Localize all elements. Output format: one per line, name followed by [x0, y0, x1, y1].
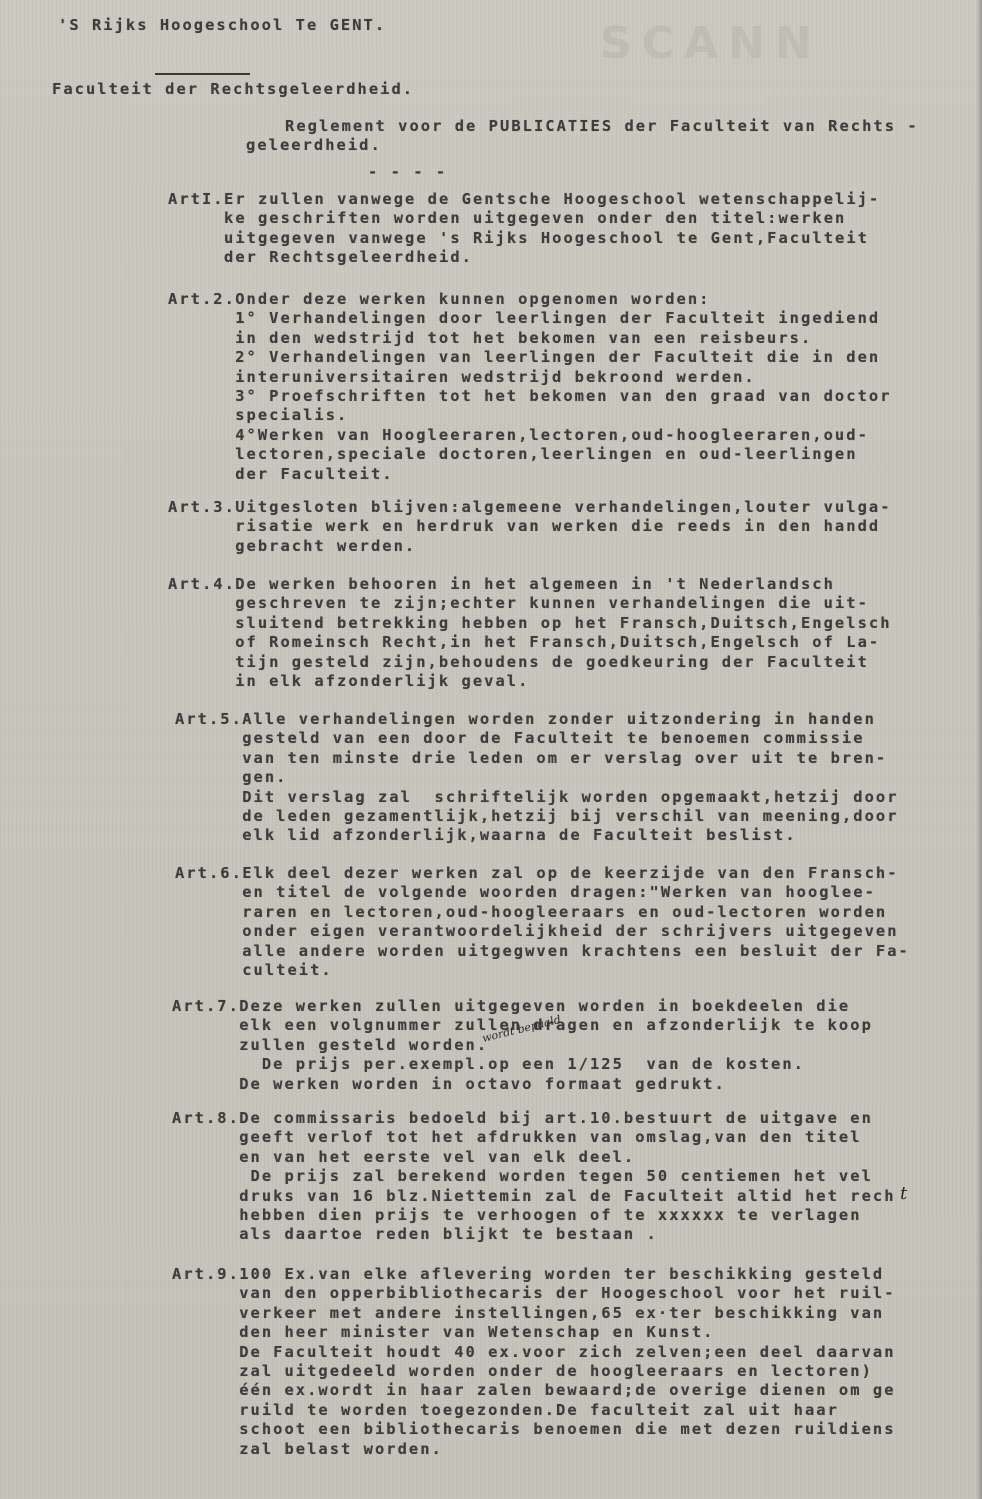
article-line: alle andere worden uitgegwven krachtens … [242, 942, 910, 961]
article-body: Elk deel dezer werken zal op de keerzijd… [242, 864, 910, 980]
article-line: druks van 16 blz.Niettemin zal de Facult… [239, 1187, 895, 1206]
article-body: 100 Ex.van elke aflevering worden ter be… [239, 1265, 895, 1459]
article-body: De werken behooren in het algemeen in 't… [235, 575, 891, 691]
article-line: specialis. [235, 406, 891, 425]
article-line: sluitend betrekking hebben op het Fransc… [235, 614, 891, 633]
article-line: of Romeinsch Recht,in het Fransch,Duitsc… [235, 633, 891, 652]
article-line: één ex.wordt in haar zalen bewaard;de ov… [239, 1381, 895, 1400]
article-line: in elk afzonderlijk geval. [235, 672, 891, 691]
article-line: Onder deze werken kunnen opgenomen worde… [235, 290, 891, 309]
article-label: Art.9. [172, 1265, 240, 1284]
article-line: zal uitgedeeld worden onder de hoogleera… [239, 1362, 895, 1381]
article-line: De prijs zal berekend worden tegen 50 ce… [239, 1167, 895, 1186]
article-line: zullen gesteld worden. [239, 1036, 873, 1055]
article-line: 2° Verhandelingen van leerlingen der Fac… [235, 348, 891, 367]
article-line: Uitgesloten blijven:algemeene verhandeli… [235, 498, 891, 517]
page-edge-shadow [976, 0, 982, 1499]
article-line: culteit. [242, 961, 910, 980]
document-title-line-2: geleerdheid. [246, 136, 382, 155]
article-line: lectoren,speciale doctoren,leerlingen en… [235, 445, 891, 464]
article-line: geeft verlof tot het afdrukken van omsla… [239, 1128, 895, 1147]
article-label: Art.8. [172, 1109, 240, 1128]
article-line: gen. [242, 768, 898, 787]
title-separator: - - - - [368, 163, 447, 182]
article-line: ruild te worden toegezonden.De faculteit… [239, 1401, 895, 1420]
article-line: gesteld van een door de Faculteit te ben… [242, 729, 898, 748]
article-line: van ten minste drie leden om er verslag … [242, 749, 898, 768]
article-body: Alle verhandelingen worden zonder uitzon… [242, 710, 898, 846]
article-line: De Faculteit houdt 40 ex.voor zich zelve… [239, 1343, 895, 1362]
article-label: Art.6. [175, 864, 243, 883]
article-line: uitgegeven vanwege 's Rijks Hoogeschool … [224, 229, 880, 248]
article-line: De prijs per.exempl.op een 1/125 van de … [239, 1055, 873, 1074]
article-line: als daartoe reden blijkt te bestaan . [239, 1225, 895, 1244]
article-body: Uitgesloten blijven:algemeene verhandeli… [235, 498, 891, 556]
article-line: tijn gesteld zijn,behoudens de goedkeuri… [235, 653, 891, 672]
article-line: en van het eerste vel van elk deel. [239, 1148, 895, 1167]
article-line: geschreven te zijn;echter kunnen verhand… [235, 594, 891, 613]
article-line: interuniversitairen wedstrijd bekroond w… [235, 368, 891, 387]
article-line: zal belast worden. [239, 1440, 895, 1459]
article-body: Er zullen vanwege de Gentsche Hoogeschoo… [224, 190, 880, 268]
article-line: Er zullen vanwege de Gentsche Hoogeschoo… [224, 190, 880, 209]
article-label: Art.4. [168, 575, 236, 594]
article-line: den heer minister van Wetenschap en Kuns… [239, 1323, 895, 1342]
article-line: 3° Proefschriften tot het bekomen van de… [235, 387, 891, 406]
article-line: der Rechtsgeleerdheid. [224, 248, 880, 267]
article-body: Deze werken zullen uitgegeven worden in … [239, 997, 873, 1094]
article-line: 1° Verhandelingen door leerlingen der Fa… [235, 309, 891, 328]
article-label: Art.2. [168, 290, 236, 309]
article-line: schoot een bibliothecaris benoemen die m… [239, 1420, 895, 1439]
article-line: ke geschriften worden uitgegeven onder d… [224, 209, 880, 228]
article-line: Dit verslag zal schriftelijk worden opge… [242, 788, 898, 807]
article-line: elk lid afzonderlijk,waarna de Faculteit… [242, 826, 898, 845]
article-line: 100 Ex.van elke aflevering worden ter be… [239, 1265, 895, 1284]
article-line: 4°Werken van Hoogleeraren,lectoren,oud-h… [235, 426, 891, 445]
article-label: ArtI. [168, 190, 225, 209]
article-line: onder eigen verantwoordelijkheid der sch… [242, 922, 910, 941]
article-line: hebben dien prijs te verhoogen of te xxx… [239, 1206, 895, 1225]
article-label: Art.7. [172, 997, 240, 1016]
article-line: risatie werk en herdruk van werken die r… [235, 517, 891, 536]
margin-correction-mark: t [900, 1183, 907, 1204]
document-title-line-1: Reglement voor de PUBLICATIES der Facult… [285, 117, 919, 136]
article-line: Elk deel dezer werken zal op de keerzijd… [242, 864, 910, 883]
header-underline [155, 73, 250, 75]
article-line: verkeer met andere instellingen,65 ex·te… [239, 1304, 895, 1323]
article-body: De commissaris bedoeld bij art.10.bestuu… [239, 1109, 895, 1245]
article-label: Art.3. [168, 498, 236, 517]
article-line: der Faculteit. [235, 465, 891, 484]
article-line: de leden gezamentlijk,hetzij bij verschi… [242, 807, 898, 826]
article-body: Onder deze werken kunnen opgenomen worde… [235, 290, 891, 484]
article-line: en titel de volgende woorden dragen:"Wer… [242, 883, 910, 902]
article-line: gebracht werden. [235, 537, 891, 556]
article-line: De werken worden in octavo formaat gedru… [239, 1075, 873, 1094]
article-line: De commissaris bedoeld bij art.10.bestuu… [239, 1109, 895, 1128]
faculty-header: Faculteit der Rechtsgeleerdheid. [52, 80, 414, 99]
institution-header: 'S Rijks Hoogeschool Te GENT. [58, 16, 386, 35]
article-line: in den wedstrijd tot het bekomen van een… [235, 329, 891, 348]
article-line: De werken behooren in het algemeen in 't… [235, 575, 891, 594]
article-label: Art.5. [175, 710, 243, 729]
article-line: raren en lectoren,oud-hoogleeraars en ou… [242, 903, 910, 922]
article-line: van den opperbibliothecaris der Hoogesch… [239, 1284, 895, 1303]
article-line: Alle verhandelingen worden zonder uitzon… [242, 710, 898, 729]
watermark-show-through: SCANN [600, 18, 822, 69]
